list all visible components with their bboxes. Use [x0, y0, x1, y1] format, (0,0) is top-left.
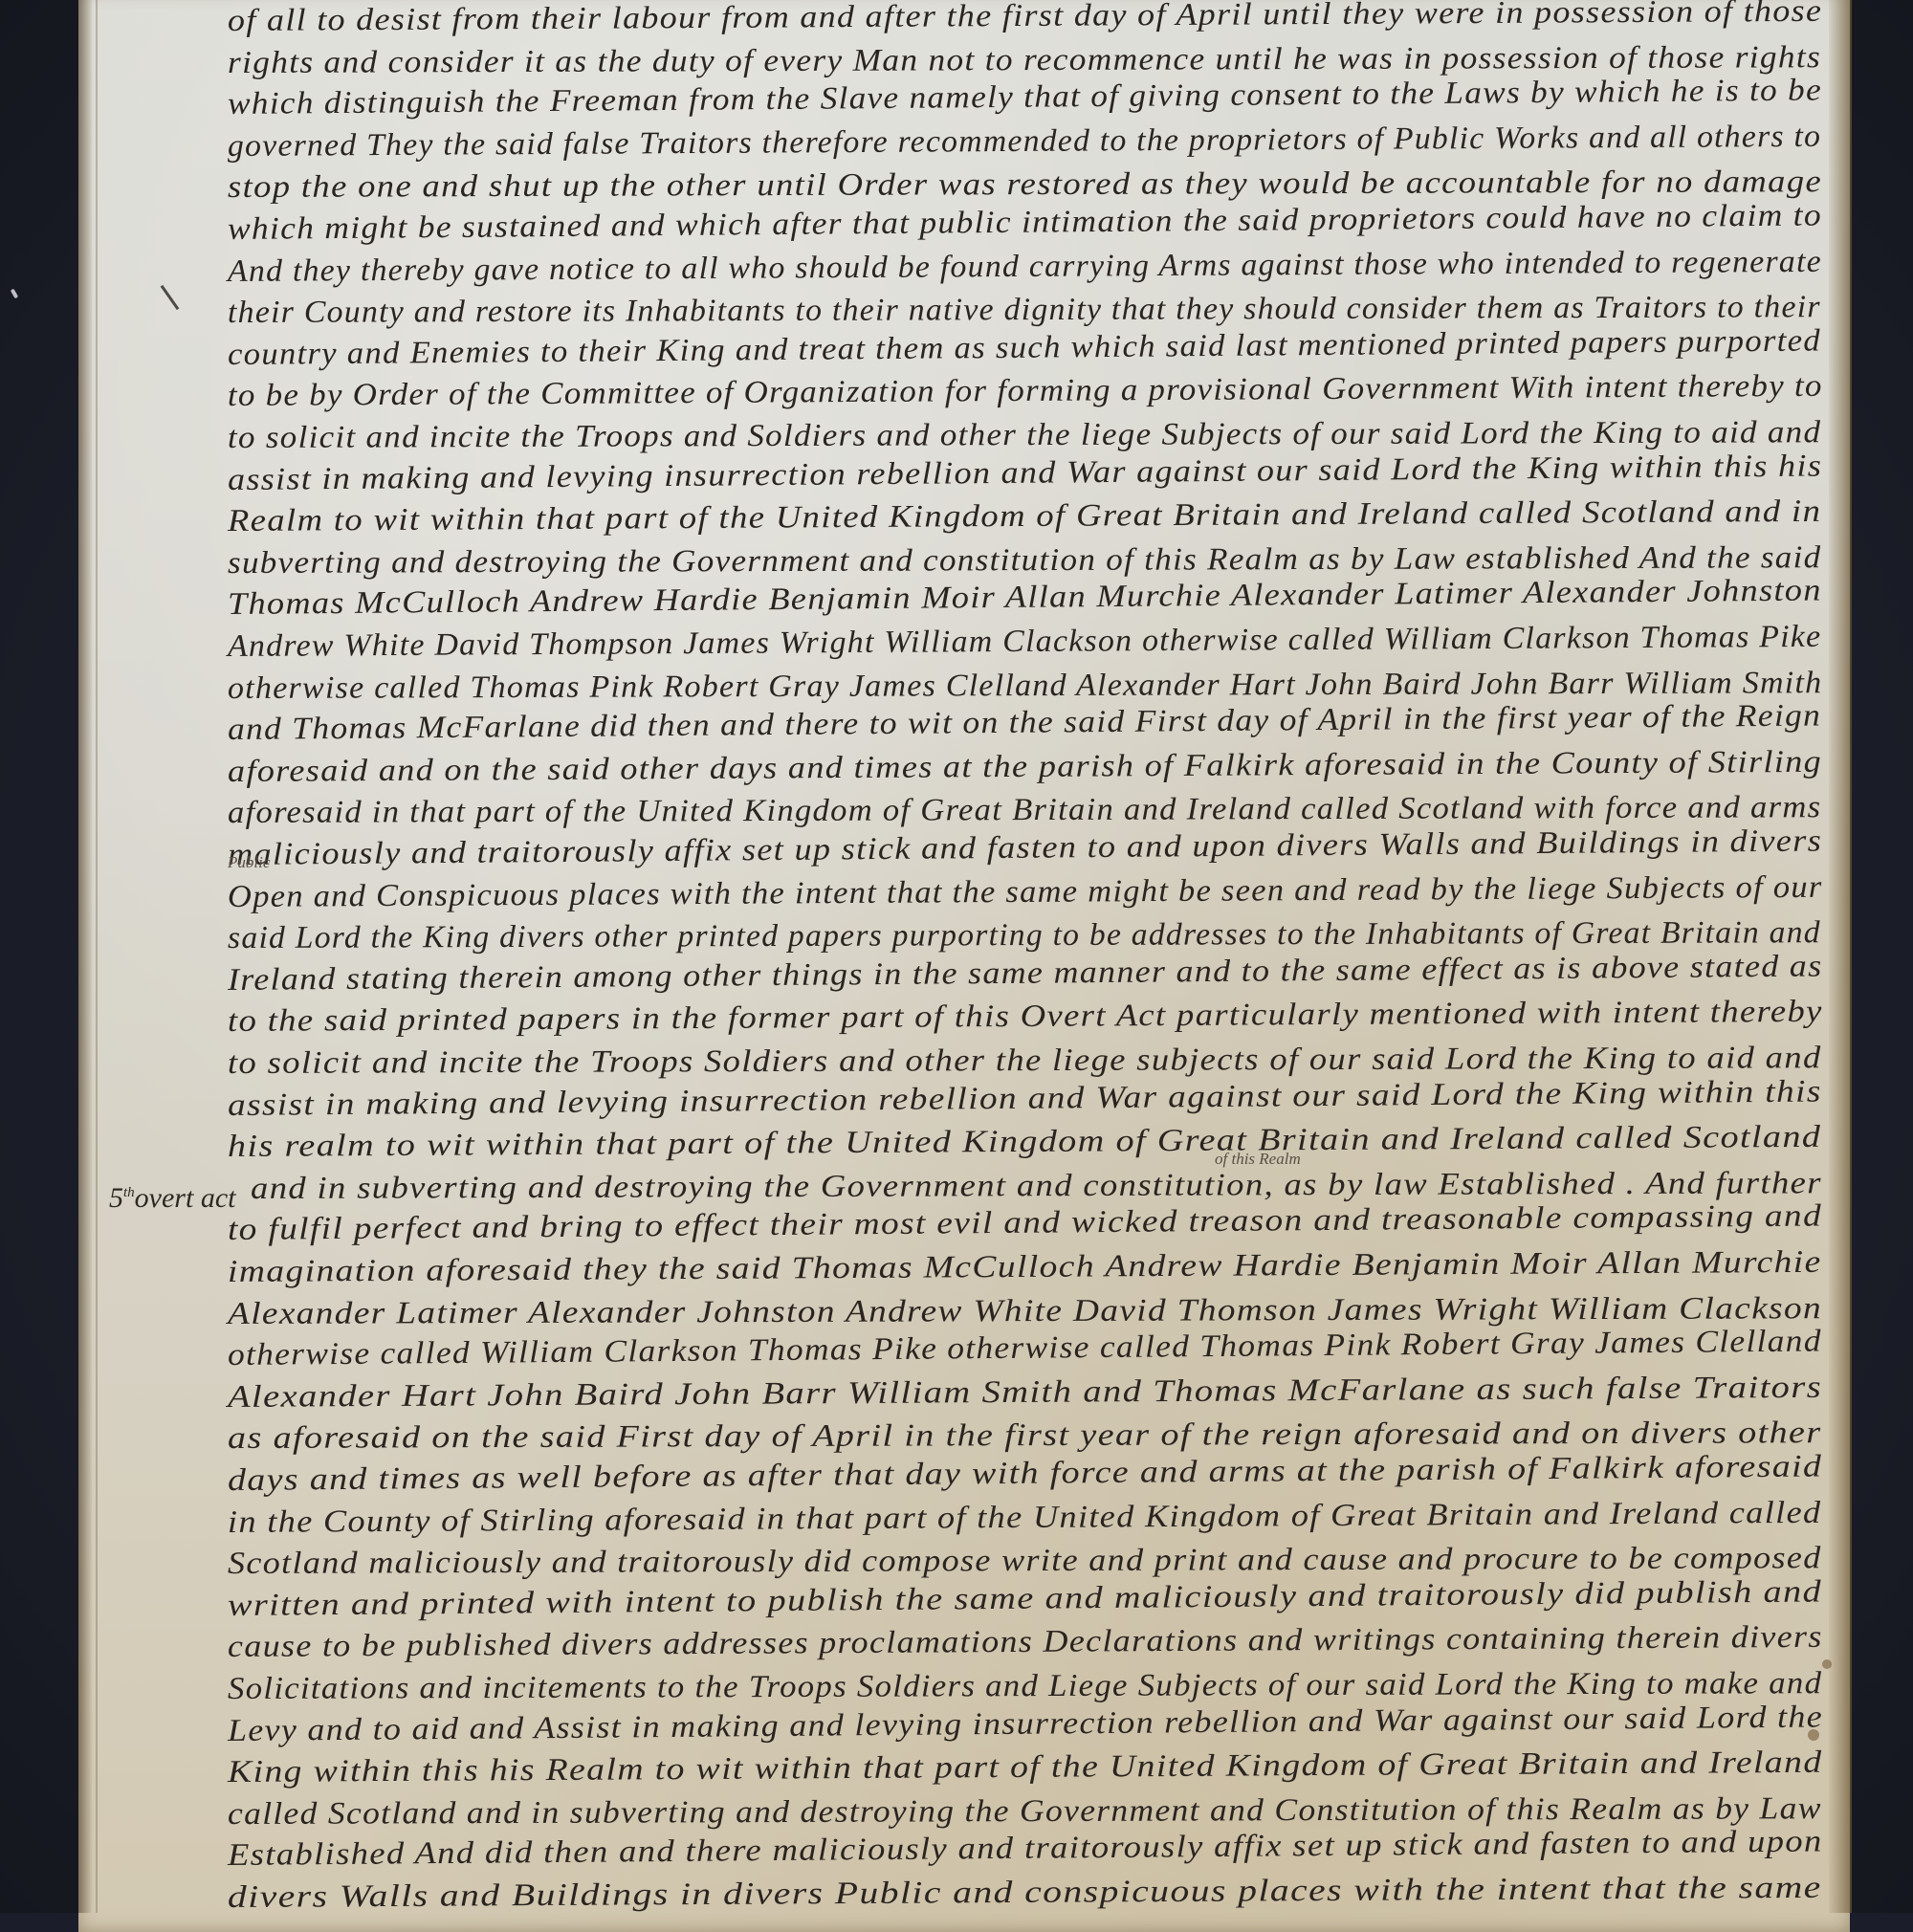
margin-note-5th-overt-act: 5thovert act [109, 1182, 235, 1215]
margin-note-suffix: th [123, 1185, 135, 1200]
margin-note-text: overt act [135, 1182, 236, 1214]
paper-right-edge [1829, 0, 1852, 1913]
paper-left-edge [78, 0, 92, 1913]
manuscript-line: Solicitations and incitements to the Tro… [228, 1666, 1822, 1707]
interlinear-of-this-realm: of this Realm [1215, 1150, 1301, 1169]
paper-left-margin-rule [96, 0, 98, 1913]
interlinear-public: Public [228, 853, 270, 872]
manuscript-line: to solicit and incite the Troops Soldier… [228, 1041, 1822, 1082]
ink-stain [1822, 1659, 1832, 1669]
margin-note-number: 5 [109, 1182, 123, 1214]
manuscript-line: to solicit and incite the Troops and Sol… [228, 415, 1821, 456]
